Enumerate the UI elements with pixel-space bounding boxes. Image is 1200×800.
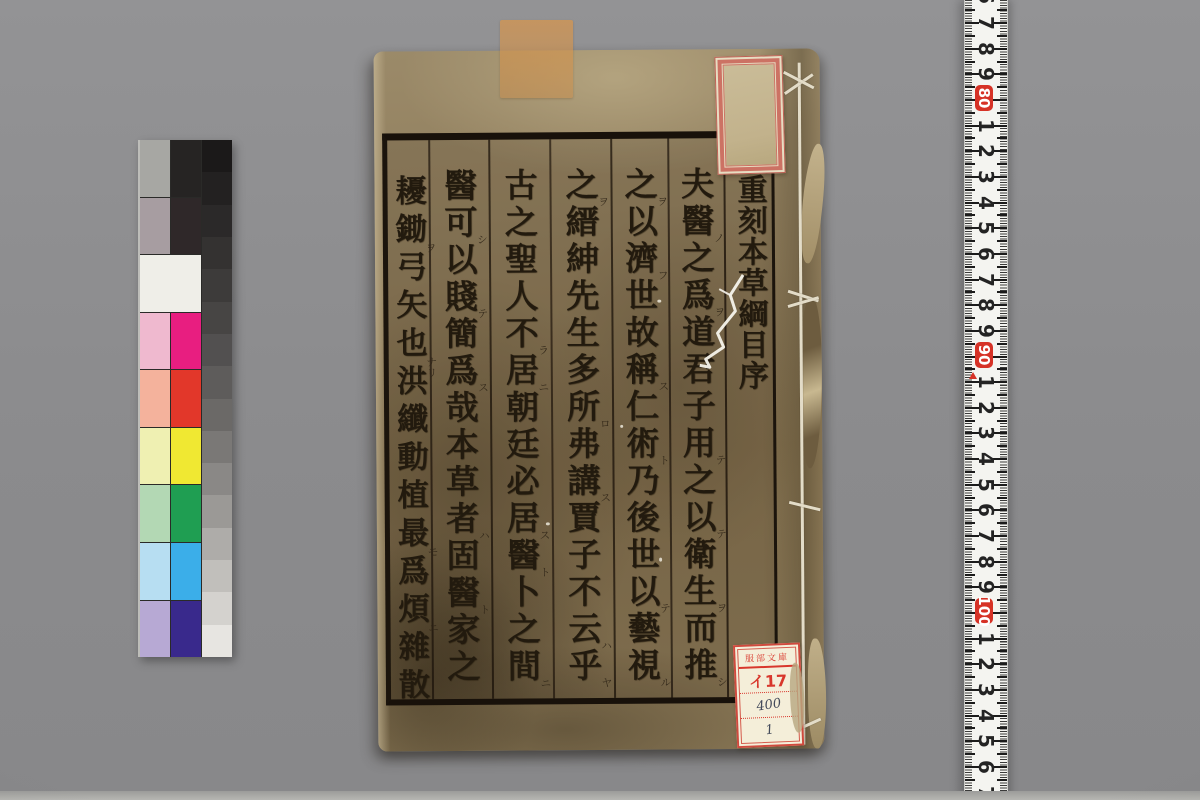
ruler-half-cm-tick <box>997 420 1007 422</box>
photo-backdrop: 重刻本草綱目序夫醫之爲道君子用之以衛生而推之以濟世故稱仁術乃後世以藝視之縉紳先生… <box>0 0 1200 800</box>
ruler-half-cm-tick <box>997 9 1007 11</box>
ruler-half-cm-tick <box>965 471 975 473</box>
ruler-half-cm-tick <box>997 497 1007 499</box>
kunten-reading-mark: ハ <box>478 530 489 541</box>
color-swatch-vivid <box>171 140 201 197</box>
volume-number-handwritten: 1 <box>765 722 775 738</box>
ruler-half-cm-tick <box>997 779 1007 781</box>
kunten-reading-mark: テ <box>715 454 726 465</box>
ruler-half-cm-tick <box>997 35 1007 37</box>
grayscale-step <box>202 140 232 172</box>
column-text: 重刻本草綱目序 <box>726 174 772 391</box>
color-swatch-vivid <box>171 370 201 427</box>
grayscale-step <box>202 495 232 527</box>
title-slip-border <box>717 58 782 172</box>
grayscale-step <box>202 560 232 592</box>
text-column: 古之聖人不居朝廷必居醫卜之間 <box>488 167 553 685</box>
ruler-highlight-label-100: 100 <box>975 598 993 624</box>
kunten-reading-mark: ハ <box>601 640 612 651</box>
ruler-mm-ticks-left <box>965 0 972 800</box>
kunten-reading-mark: ラ <box>538 344 549 355</box>
color-chart-row <box>140 370 201 427</box>
measuring-tape: 678980123456789901234567891001234567 <box>964 0 1008 800</box>
ruler-half-cm-tick <box>965 35 975 37</box>
ruler-half-cm-tick <box>965 214 975 216</box>
ruler-half-cm-tick <box>965 9 975 11</box>
ruler-half-cm-tick <box>997 240 1007 242</box>
ruler-half-cm-tick <box>965 445 975 447</box>
ruler-half-cm-tick <box>965 497 975 499</box>
kunten-reading-mark: ヲ <box>425 242 436 253</box>
color-chart-row <box>140 255 201 312</box>
kunten-reading-mark: ヲ <box>598 196 609 207</box>
ruler-half-cm-tick <box>965 61 975 63</box>
color-swatch-vivid <box>171 428 201 485</box>
kunten-reading-mark: ニ <box>540 677 551 688</box>
ruler-half-cm-tick <box>965 317 975 319</box>
kunten-reading-mark: ス <box>477 382 488 393</box>
ruler-half-cm-tick <box>997 291 1007 293</box>
ruler-half-cm-tick <box>965 343 975 345</box>
text-column: 耰鋤弓矢也洪纖動植最爲煩雜散 <box>387 174 432 706</box>
kunten-reading-mark: ス <box>658 380 669 391</box>
grayscale-step <box>202 302 232 334</box>
ruler-half-cm-tick <box>997 471 1007 473</box>
kunten-reading-mark: シ <box>716 676 727 687</box>
grayscale-step <box>202 237 232 269</box>
color-swatch-vivid <box>171 313 201 370</box>
ruler-half-cm-tick <box>997 189 1007 191</box>
ruler-cm-tick <box>993 356 1007 358</box>
kunten-reading-mark: ヤ <box>601 677 612 688</box>
kunten-reading-mark: ロ <box>599 418 610 429</box>
ruler-half-cm-tick <box>965 163 975 165</box>
library-label: 服部文庫 イ17 400 1 <box>733 642 804 748</box>
grayscale-step <box>202 463 232 495</box>
title-column: 重刻本草綱目序 <box>723 174 775 391</box>
grayscale-step <box>202 625 232 657</box>
kunten-reading-mark: フ <box>657 269 668 280</box>
ruler-highlight-label-90: 90 <box>975 342 993 368</box>
kunten-reading-mark: モ <box>427 546 438 557</box>
ruler-half-cm-tick <box>997 445 1007 447</box>
ruler-half-cm-tick <box>965 86 975 88</box>
grayscale-step <box>202 431 232 463</box>
ruler-half-cm-tick <box>997 702 1007 704</box>
ruler-half-cm-tick <box>997 163 1007 165</box>
grayscale-ramp <box>202 140 232 657</box>
color-chart-row <box>140 601 201 658</box>
ruler-half-cm-tick <box>997 676 1007 678</box>
ruler-half-cm-tick <box>997 214 1007 216</box>
color-chart-row <box>140 428 201 485</box>
color-chart-row <box>140 485 201 542</box>
color-swatch-vivid <box>171 601 201 658</box>
ruler-half-cm-tick <box>965 420 975 422</box>
ruler-half-cm-tick <box>965 368 975 370</box>
ruler-half-cm-tick <box>965 291 975 293</box>
paper-speck <box>546 522 550 525</box>
grayscale-step <box>202 334 232 366</box>
color-swatch-pale <box>140 313 170 370</box>
color-swatch-pale <box>140 140 170 197</box>
book-cover: 重刻本草綱目序夫醫之爲道君子用之以衛生而推之以濟世故稱仁術乃後世以藝視之縉紳先生… <box>374 48 825 751</box>
ruler-mm-ticks-right <box>1000 0 1007 800</box>
color-swatch-pale <box>140 543 170 600</box>
paper-speck <box>620 425 623 428</box>
ruler-half-cm-tick <box>997 137 1007 139</box>
tape-fragment <box>500 20 573 98</box>
kunten-reading-mark: ヲ <box>657 195 668 206</box>
color-swatch-white <box>140 255 201 312</box>
color-swatch-pale <box>140 198 170 255</box>
ruler-half-cm-tick <box>965 522 975 524</box>
text-frame: 重刻本草綱目序夫醫之爲道君子用之以衛生而推之以濟世故稱仁術乃後世以藝視之縉紳先生… <box>382 131 778 706</box>
ruler-half-cm-tick <box>997 548 1007 550</box>
ruler-half-cm-tick <box>965 702 975 704</box>
kunten-reading-mark: ス <box>539 529 550 540</box>
ruler-half-cm-tick <box>997 266 1007 268</box>
ruler-cm-tick <box>993 99 1007 101</box>
ruler-half-cm-tick <box>997 343 1007 345</box>
ruler-half-cm-tick <box>965 137 975 139</box>
ruler-half-cm-tick <box>965 779 975 781</box>
grayscale-step <box>202 205 232 237</box>
paper-speck <box>659 558 662 562</box>
grayscale-step <box>202 366 232 398</box>
kunten-reading-mark: テ <box>715 528 726 539</box>
ruler-half-cm-tick <box>997 625 1007 627</box>
kunten-reading-mark: ヲ <box>714 306 725 317</box>
ruler-half-cm-tick <box>997 112 1007 114</box>
ruler-half-cm-tick <box>965 574 975 576</box>
ruler-half-cm-tick <box>997 574 1007 576</box>
ruler-half-cm-tick <box>965 189 975 191</box>
color-swatch-pale <box>140 428 170 485</box>
color-chart-row <box>140 313 201 370</box>
library-label-header: 服部文庫 <box>738 648 796 669</box>
ruler-half-cm-tick <box>965 599 975 601</box>
grayscale-step <box>202 269 232 301</box>
ruler-half-cm-tick <box>965 727 975 729</box>
color-swatch-pale <box>140 370 170 427</box>
kunten-reading-mark: ト <box>539 566 550 577</box>
kunten-reading-mark: ル <box>660 676 671 687</box>
paper-speck <box>657 300 661 303</box>
color-swatch-pale <box>140 485 170 542</box>
ruler-highlight-label-80: 80 <box>975 85 993 111</box>
ruler-half-cm-tick <box>997 522 1007 524</box>
ruler-half-cm-tick <box>965 753 975 755</box>
color-swatch-pale <box>140 601 170 658</box>
grayscale-step <box>202 172 232 204</box>
title-slip <box>714 55 785 175</box>
color-chart-row <box>140 198 201 255</box>
color-chart-row <box>140 140 201 197</box>
color-swatch-vivid <box>171 543 201 600</box>
ruler-half-cm-tick <box>997 86 1007 88</box>
grayscale-step <box>202 592 232 624</box>
color-calibration-strip <box>138 140 232 657</box>
ruler-half-cm-tick <box>997 753 1007 755</box>
kunten-reading-mark: シ <box>476 234 487 245</box>
color-swatch-columns <box>140 140 201 657</box>
grayscale-step <box>202 528 232 560</box>
title-slip-blank-area <box>723 63 778 166</box>
ruler-cm-tick <box>993 612 1007 614</box>
ruler-half-cm-tick <box>965 548 975 550</box>
ruler-half-cm-tick <box>965 112 975 114</box>
kunten-reading-mark: ノ <box>713 232 724 243</box>
shelf-number-handwritten: 400 <box>756 696 783 714</box>
kunten-reading-mark: ニ <box>538 381 549 392</box>
grayscale-step <box>202 399 232 431</box>
kunten-reading-mark: ス <box>600 492 611 503</box>
color-chart-row <box>140 543 201 600</box>
ruler-half-cm-tick <box>997 599 1007 601</box>
ruler-half-cm-tick <box>997 317 1007 319</box>
ruler-half-cm-tick <box>965 650 975 652</box>
color-swatch-vivid <box>171 485 201 542</box>
ruler-half-cm-tick <box>997 368 1007 370</box>
kunten-reading-mark: ヲ <box>716 602 727 613</box>
ruler-half-cm-tick <box>965 240 975 242</box>
kunten-reading-mark: ト <box>658 454 669 465</box>
kunten-reading-mark: ナリ <box>426 356 437 378</box>
ruler-half-cm-tick <box>997 727 1007 729</box>
ruler-half-cm-tick <box>965 266 975 268</box>
ruler-half-cm-tick <box>965 676 975 678</box>
kunten-reading-mark: ト <box>479 604 490 615</box>
call-number: イ17 <box>748 668 787 693</box>
ruler-half-cm-tick <box>997 650 1007 652</box>
kunten-reading-mark: テ <box>477 308 488 319</box>
kunten-reading-mark: テ <box>659 602 670 613</box>
column-text: 古之聖人不居朝廷必居醫卜之間 <box>495 167 546 685</box>
ruler-half-cm-tick <box>997 394 1007 396</box>
ruler-half-cm-tick <box>965 625 975 627</box>
ruler-half-cm-tick <box>997 61 1007 63</box>
color-swatch-vivid <box>171 198 201 255</box>
kunten-reading-mark: ニ <box>428 622 439 633</box>
backdrop-edge <box>0 791 1200 800</box>
ruler-half-cm-tick <box>965 394 975 396</box>
